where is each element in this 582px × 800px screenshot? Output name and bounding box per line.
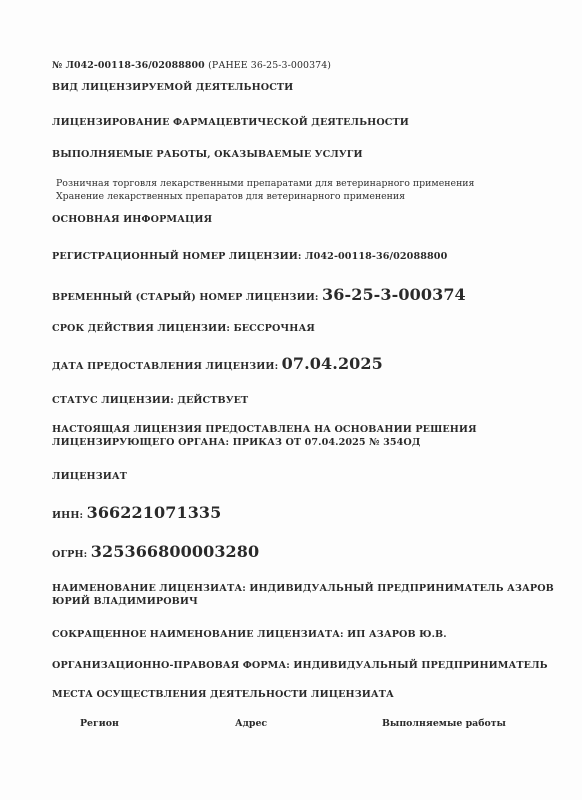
licensee-name-line-2: ЮРИЙ ВЛАДИМИРОВИЧ <box>52 596 198 607</box>
column-header-region: Регион <box>80 718 119 729</box>
old-number-row: ВРЕМЕННЫЙ (СТАРЫЙ) НОМЕР ЛИЦЕНЗИИ: 36-25… <box>52 285 466 304</box>
status-value: ДЕЙСТВУЕТ <box>177 395 248 406</box>
license-number: № Л042-00118-36/02088800 <box>52 60 205 71</box>
ogrn-value: 325366800003280 <box>91 542 260 561</box>
short-name: СОКРАЩЕННОЕ НАИМЕНОВАНИЕ ЛИЦЕНЗИАТА: ИП … <box>52 629 447 640</box>
service-item: Розничная торговля лекарственными препар… <box>56 178 474 189</box>
basis-line-2: ЛИЦЕНЗИРУЮЩЕГО ОРГАНА: ПРИКАЗ ОТ 07.04.2… <box>52 437 421 448</box>
reg-number-row: РЕГИСТРАЦИОННЫЙ НОМЕР ЛИЦЕНЗИИ: Л042-001… <box>52 251 447 262</box>
column-header-works: Выполняемые работы <box>382 718 506 729</box>
status-label: СТАТУС ЛИЦЕНЗИИ: <box>52 395 174 406</box>
status-row: СТАТУС ЛИЦЕНЗИИ: ДЕЙСТВУЕТ <box>52 395 248 406</box>
licensee-name-line-1: НАИМЕНОВАНИЕ ЛИЦЕНЗИАТА: ИНДИВИДУАЛЬНЫЙ … <box>52 583 554 594</box>
inn-row: ИНН: 366221071335 <box>52 503 221 522</box>
term-row: СРОК ДЕЙСТВИЯ ЛИЦЕНЗИИ: БЕССРОЧНАЯ <box>52 323 315 334</box>
previous-number: (РАНЕЕ 36-25-3-000374) <box>208 60 331 71</box>
reg-number-label: РЕГИСТРАЦИОННЫЙ НОМЕР ЛИЦЕНЗИИ: <box>52 251 302 262</box>
license-number-line: № Л042-00118-36/02088800 (РАНЕЕ 36-25-3-… <box>52 60 331 71</box>
ogrn-label: ОГРН: <box>52 549 87 560</box>
licensee-heading: ЛИЦЕНЗИАТ <box>52 471 127 482</box>
reg-number-value: Л042-00118-36/02088800 <box>305 251 447 262</box>
basis-line-1: НАСТОЯЩАЯ ЛИЦЕНЗИЯ ПРЕДОСТАВЛЕНА НА ОСНО… <box>52 424 477 435</box>
services-heading: ВЫПОЛНЯЕМЫЕ РАБОТЫ, ОКАЗЫВАЕМЫЕ УСЛУГИ <box>52 149 363 160</box>
column-header-address: Адрес <box>235 718 267 729</box>
term-label: СРОК ДЕЙСТВИЯ ЛИЦЕНЗИИ: <box>52 323 230 334</box>
date-value: 07.04.2025 <box>282 354 383 373</box>
activity-heading: ВИД ЛИЦЕНЗИРУЕМОЙ ДЕЯТЕЛЬНОСТИ <box>52 82 293 93</box>
main-info-heading: ОСНОВНАЯ ИНФОРМАЦИЯ <box>52 214 212 225</box>
ogrn-row: ОГРН: 325366800003280 <box>52 542 259 561</box>
service-item: Хранение лекарственных препаратов для ве… <box>56 191 405 202</box>
inn-value: 366221071335 <box>87 503 222 522</box>
activity-value: ЛИЦЕНЗИРОВАНИЕ ФАРМАЦЕВТИЧЕСКОЙ ДЕЯТЕЛЬН… <box>52 117 409 128</box>
old-number-label: ВРЕМЕННЫЙ (СТАРЫЙ) НОМЕР ЛИЦЕНЗИИ: <box>52 292 319 303</box>
term-value: БЕССРОЧНАЯ <box>233 323 314 334</box>
inn-label: ИНН: <box>52 510 83 521</box>
date-row: ДАТА ПРЕДОСТАВЛЕНИЯ ЛИЦЕНЗИИ: 07.04.2025 <box>52 354 383 373</box>
old-number-value: 36-25-3-000374 <box>322 285 466 304</box>
legal-form: ОРГАНИЗАЦИОННО-ПРАВОВАЯ ФОРМА: ИНДИВИДУА… <box>52 660 548 671</box>
date-label: ДАТА ПРЕДОСТАВЛЕНИЯ ЛИЦЕНЗИИ: <box>52 361 278 372</box>
places-heading: МЕСТА ОСУЩЕСТВЛЕНИЯ ДЕЯТЕЛЬНОСТИ ЛИЦЕНЗИ… <box>52 689 394 700</box>
